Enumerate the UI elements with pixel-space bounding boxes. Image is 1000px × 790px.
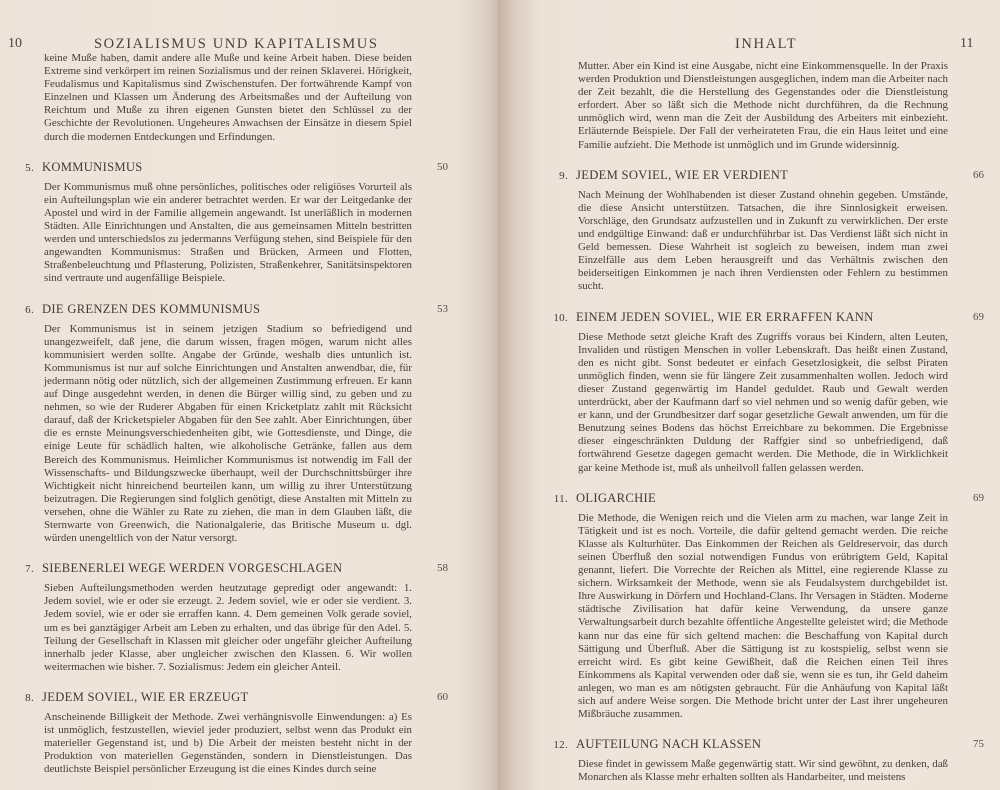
section-summary: Sieben Aufteilungsmethoden werden heutzu… xyxy=(44,582,412,674)
toc-section: 9. JEDEM SOVIEL, WIE ER VERDIENT 66 Nach… xyxy=(578,169,948,294)
intro-paragraph: keine Muße haben, damit andere alle Muße… xyxy=(44,52,412,144)
toc-section: 12. AUFTEILUNG NACH KLASSEN 75 Diese fin… xyxy=(578,738,948,784)
section-summary: Diese Methode setzt gleiche Kraft des Zu… xyxy=(578,331,948,475)
running-head: SOZIALISMUS UND KAPITALISMUS xyxy=(94,36,379,53)
section-number: 5. xyxy=(4,162,34,175)
section-page-ref: 69 xyxy=(973,492,984,505)
page-number: 11 xyxy=(960,36,973,52)
section-heading: 5. KOMMUNISMUS xyxy=(4,161,412,175)
section-heading: 7. SIEBENERLEI WEGE WERDEN VORGESCHLAGEN xyxy=(4,562,412,576)
toc-section: 7. SIEBENERLEI WEGE WERDEN VORGESCHLAGEN… xyxy=(44,562,412,674)
section-heading: 12. AUFTEILUNG NACH KLASSEN xyxy=(538,738,948,752)
section-heading: 10. EINEM JEDEN SOVIEL, WIE ER ERRAFFEN … xyxy=(538,311,948,325)
section-summary: Der Kommunismus muß ohne persönliches, p… xyxy=(44,181,412,286)
section-page-ref: 69 xyxy=(973,311,984,324)
section-title: JEDEM SOVIEL, WIE ER VERDIENT xyxy=(576,169,948,182)
section-number: 7. xyxy=(4,563,34,576)
page-body: keine Muße haben, damit andere alle Muße… xyxy=(44,52,412,777)
section-page-ref: 53 xyxy=(437,303,448,316)
intro-paragraph: Mutter. Aber ein Kind ist eine Ausgabe, … xyxy=(578,60,948,152)
section-summary: Die Methode, die Wenigen reich und die V… xyxy=(578,512,948,722)
section-title: JEDEM SOVIEL, WIE ER ERZEUGT xyxy=(42,691,412,704)
section-page-ref: 58 xyxy=(437,562,448,575)
section-summary: Anscheinende Billigkeit der Methode. Zwe… xyxy=(44,711,412,776)
section-title: OLIGARCHIE xyxy=(576,492,948,505)
section-page-ref: 66 xyxy=(973,169,984,182)
section-summary: Der Kommunismus ist in seinem jetzigen S… xyxy=(44,323,412,546)
left-page: 10 SOZIALISMUS UND KAPITALISMUS keine Mu… xyxy=(0,0,500,790)
running-head: INHALT xyxy=(735,36,797,53)
section-page-ref: 60 xyxy=(437,691,448,704)
section-number: 10. xyxy=(538,312,568,325)
book-spread: 10 SOZIALISMUS UND KAPITALISMUS keine Mu… xyxy=(0,0,1000,790)
page-body: Mutter. Aber ein Kind ist eine Ausgabe, … xyxy=(578,60,948,785)
section-number: 9. xyxy=(538,170,568,183)
section-heading: 11. OLIGARCHIE xyxy=(538,492,948,506)
section-number: 11. xyxy=(538,493,568,506)
section-summary: Nach Meinung der Wohlhabenden ist dieser… xyxy=(578,189,948,294)
toc-section: 10. EINEM JEDEN SOVIEL, WIE ER ERRAFFEN … xyxy=(578,311,948,475)
toc-section: 6. DIE GRENZEN DES KOMMUNISMUS 53 Der Ko… xyxy=(44,303,412,546)
section-title: KOMMUNISMUS xyxy=(42,161,412,174)
section-title: SIEBENERLEI WEGE WERDEN VORGESCHLAGEN xyxy=(42,562,412,575)
section-title: DIE GRENZEN DES KOMMUNISMUS xyxy=(42,303,412,316)
toc-section: 5. KOMMUNISMUS 50 Der Kommunismus muß oh… xyxy=(44,161,412,286)
section-number: 8. xyxy=(4,692,34,705)
toc-section: 11. OLIGARCHIE 69 Die Methode, die Wenig… xyxy=(578,492,948,722)
section-summary: Diese findet in gewissem Maße gegenwärti… xyxy=(578,758,948,784)
section-heading: 9. JEDEM SOVIEL, WIE ER VERDIENT xyxy=(538,169,948,183)
toc-section: 8. JEDEM SOVIEL, WIE ER ERZEUGT 60 Ansch… xyxy=(44,691,412,777)
section-heading: 8. JEDEM SOVIEL, WIE ER ERZEUGT xyxy=(4,691,412,705)
section-title: AUFTEILUNG NACH KLASSEN xyxy=(576,738,948,751)
section-number: 6. xyxy=(4,304,34,317)
section-heading: 6. DIE GRENZEN DES KOMMUNISMUS xyxy=(4,303,412,317)
right-page: INHALT 11 Mutter. Aber ein Kind ist eine… xyxy=(500,0,1000,790)
page-number: 10 xyxy=(8,36,22,52)
section-number: 12. xyxy=(538,739,568,752)
section-page-ref: 50 xyxy=(437,161,448,174)
section-page-ref: 75 xyxy=(973,738,984,751)
section-title: EINEM JEDEN SOVIEL, WIE ER ERRAFFEN KANN xyxy=(576,311,948,324)
